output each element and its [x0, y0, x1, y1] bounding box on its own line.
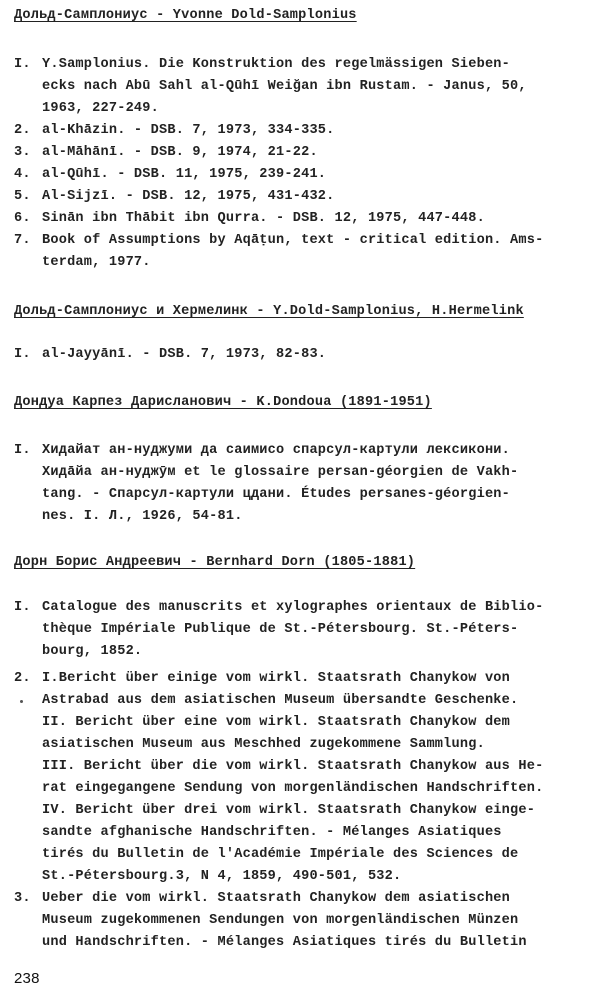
entry-number: I.	[14, 344, 42, 366]
bibliography-entry: I. al-Jayyānī. - DSB. 7, 1973, 82-83.	[14, 344, 610, 366]
entry-line: terdam, 1977.	[42, 252, 610, 274]
entry-number: 5.	[14, 186, 42, 208]
bibliography-entry: 3. Ueber die vom wirkl. Staatsrath Chany…	[14, 888, 610, 954]
author-heading: Дондуа Карпез Дарисланович - K.Dondoua (…	[14, 395, 432, 410]
entry-line: I.Bericht über einige vom wirkl. Staatsr…	[42, 668, 610, 690]
entry-line: Y.Samplonius. Die Konstruktion des regel…	[42, 54, 610, 76]
entry-number: I.	[14, 597, 42, 619]
bibliography-entry: 2. al-Khāzin. - DSB. 7, 1973, 334-335.	[14, 120, 610, 142]
bibliography-entry: 4. al-Qūhī. - DSB. 11, 1975, 239-241.	[14, 164, 610, 186]
bibliography-entry: I. Хидайат ан-нуджуми да саимисо спарсул…	[14, 440, 610, 528]
entry-line: Book of Assumptions by Aqāṭun, text - cr…	[42, 230, 610, 252]
entry-line: Sinān ibn Thābit ibn Qurra. - DSB. 12, 1…	[42, 208, 610, 230]
entry-line: Хидāйа ан-нуджӯм et le glossaire persan-…	[42, 462, 610, 484]
entry-number: 2.	[14, 120, 42, 142]
entry-line: 1963, 227-249.	[42, 98, 610, 120]
entry-line: tirés du Bulletin de l'Académie Impérial…	[42, 844, 610, 866]
entry-number: 6.	[14, 208, 42, 230]
entry-line: nes. I. Л., 1926, 54-81.	[42, 506, 610, 528]
entry-line: Al-Sijzī. - DSB. 12, 1975, 431-432.	[42, 186, 610, 208]
entry-number: I.	[14, 440, 42, 462]
bibliography-entry: 7. Book of Assumptions by Aqāṭun, text -…	[14, 230, 610, 274]
entry-line: al-Jayyānī. - DSB. 7, 1973, 82-83.	[42, 344, 610, 366]
entry-line: Museum zugekommenen Sendungen von morgen…	[42, 910, 610, 932]
entry-number: 2.	[14, 668, 42, 690]
entry-number: I.	[14, 54, 42, 76]
author-heading: Дольд-Самплониус - Yvonne Dold-Samploniu…	[14, 8, 357, 23]
bibliography-entry: 6. Sinān ibn Thābit ibn Qurra. - DSB. 12…	[14, 208, 610, 230]
page-number: 238	[14, 970, 40, 987]
entry-line: thèque Impériale Publique de St.-Pétersb…	[42, 619, 610, 641]
entry-number: 4.	[14, 164, 42, 186]
entry-line: al-Khāzin. - DSB. 7, 1973, 334-335.	[42, 120, 610, 142]
entry-line: III. Bericht über die vom wirkl. Staatsr…	[42, 756, 610, 778]
entry-line: bourg, 1852.	[42, 641, 610, 663]
bibliography-entry: 5. Al-Sijzī. - DSB. 12, 1975, 431-432.	[14, 186, 610, 208]
author-heading: Дольд-Самплониус и Хермелинк - Y.Dold-Sa…	[14, 304, 524, 319]
bibliography-entry: 2. I.Bericht über einige vom wirkl. Staa…	[14, 668, 610, 888]
entry-line: Catalogue des manuscrits et xylographes …	[42, 597, 610, 619]
entry-line: Ueber die vom wirkl. Staatsrath Chanykow…	[42, 888, 610, 910]
entry-number: 3.	[14, 142, 42, 164]
bibliography-entry: I. Catalogue des manuscrits et xylograph…	[14, 597, 610, 663]
entry-line: Хидайат ан-нуджуми да саимисо спарсул-ка…	[42, 440, 610, 462]
entry-line: sandte afghanische Handschriften. - Méla…	[42, 822, 610, 844]
entry-line: und Handschriften. - Mélanges Asiatiques…	[42, 932, 610, 954]
bibliography-entry: I. Y.Samplonius. Die Konstruktion des re…	[14, 54, 610, 120]
author-heading: Дорн Борис Андреевич - Bernhard Dorn (18…	[14, 555, 415, 570]
entry-line: asiatischen Museum aus Meschhed zugekomm…	[42, 734, 610, 756]
entry-line: al-Māhānī. - DSB. 9, 1974, 21-22.	[42, 142, 610, 164]
entry-line: II. Bericht über eine vom wirkl. Staatsr…	[42, 712, 610, 734]
margin-mark	[20, 700, 23, 703]
entry-line: IV. Bericht über drei vom wirkl. Staatsr…	[42, 800, 610, 822]
entry-line: Astrabad aus dem asiatischen Museum über…	[42, 690, 610, 712]
entry-line: ecks nach Abū Sahl al-Qūhī Weiğan ibn Ru…	[42, 76, 610, 98]
entry-line: St.-Pétersbourg.3, N 4, 1859, 490-501, 5…	[42, 866, 610, 888]
bibliography-entry: 3. al-Māhānī. - DSB. 9, 1974, 21-22.	[14, 142, 610, 164]
entry-line: al-Qūhī. - DSB. 11, 1975, 239-241.	[42, 164, 610, 186]
entry-line: rat eingegangene Sendung von morgenländi…	[42, 778, 610, 800]
entry-line: tang. - Спарсул-картули цдани. Études pe…	[42, 484, 610, 506]
entry-number: 3.	[14, 888, 42, 910]
entry-number: 7.	[14, 230, 42, 252]
document-page: Дольд-Самплониус - Yvonne Dold-Samploniu…	[0, 0, 614, 1000]
